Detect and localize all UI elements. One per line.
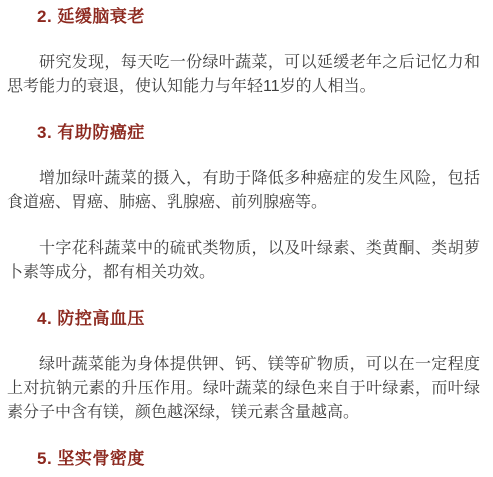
section-heading-blood-pressure: 4. 防控高血压 [7, 307, 480, 331]
section-heading-cancer-prevention: 3. 有助防癌症 [7, 121, 480, 145]
paragraph-blood-pressure: 绿叶蔬菜能为身体提供钾、钙、镁等矿物质，可以在一定程度上对抗钠元素的升压作用。绿… [7, 353, 480, 425]
paragraph-brain-aging: 研究发现，每天吃一份绿叶蔬菜，可以延缓老年之后记忆力和思考能力的衰退，使认知能力… [7, 51, 480, 99]
paragraph-cruciferous-compounds: 十字花科蔬菜中的硫甙类物质，以及叶绿素、类黄酮、类胡萝卜素等成分，都有相关功效。 [7, 237, 480, 285]
section-heading-bone-density: 5. 坚实骨密度 [7, 447, 480, 471]
paragraph-cancer-risk: 增加绿叶蔬菜的摄入，有助于降低多种癌症的发生风险，包括食道癌、胃癌、肺癌、乳腺癌… [7, 167, 480, 215]
article-body: 2. 延缓脑衰老 研究发现，每天吃一份绿叶蔬菜，可以延缓老年之后记忆力和思考能力… [0, 0, 493, 471]
section-heading-brain-aging: 2. 延缓脑衰老 [7, 5, 480, 29]
